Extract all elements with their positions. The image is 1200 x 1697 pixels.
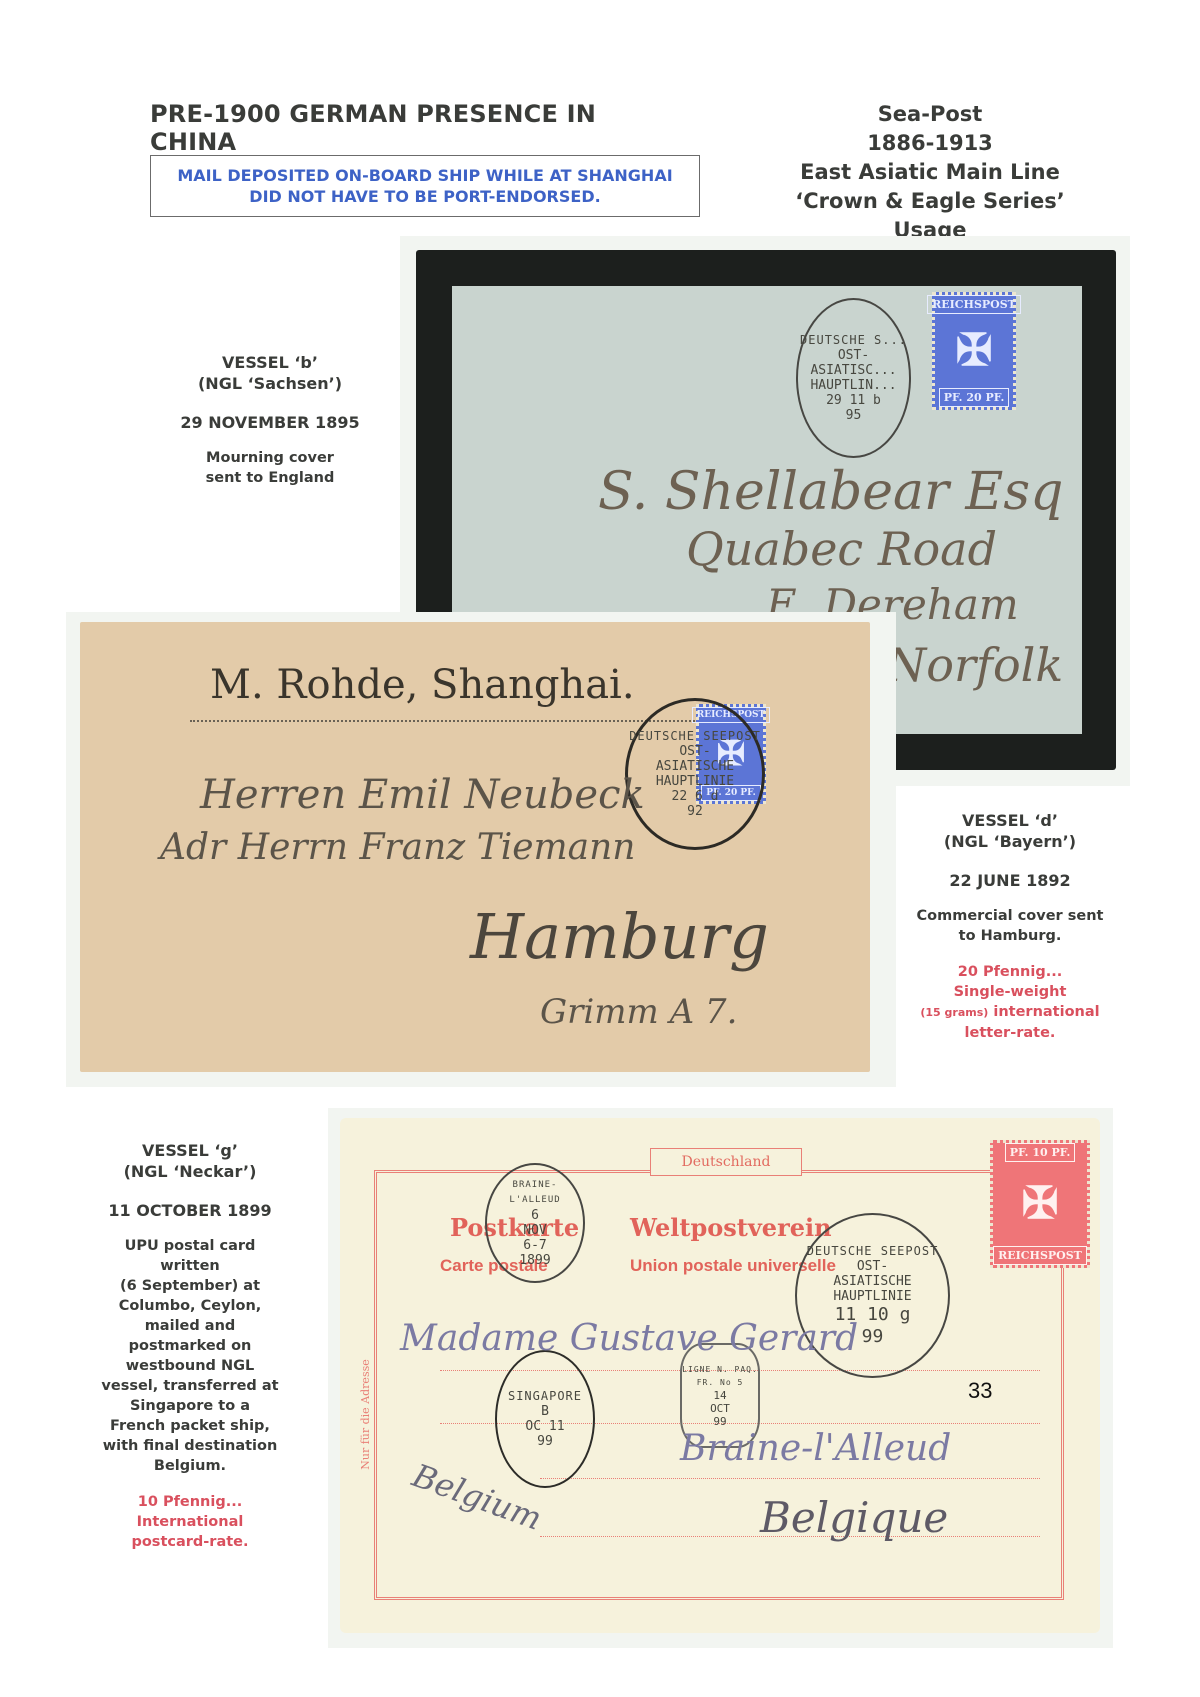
- postmark-line: 14: [713, 1389, 726, 1402]
- rate-line: International: [80, 1512, 300, 1532]
- printed-corner-card: M. Rohde, Shanghai.: [210, 662, 635, 708]
- description-line: French packet ship,: [80, 1416, 300, 1436]
- postmark-date: 22 6 d: [672, 789, 719, 804]
- description-line: postmarked on: [80, 1336, 300, 1356]
- singapore-postmark: SINGAPORE B OC 11 99: [495, 1350, 595, 1488]
- upu-postal-card: Deutschland Postkarte Weltpostverein Car…: [340, 1118, 1100, 1633]
- description: UPU postal card written (6 September) at…: [80, 1236, 300, 1476]
- postage-rate: 20 Pfennig... Single-weight (15 grams) i…: [890, 962, 1130, 1043]
- ship-name: (NGL ‘Bayern’): [890, 831, 1130, 852]
- description-line: UPU postal card: [80, 1236, 300, 1256]
- postmark-line: OST-: [838, 348, 869, 363]
- stamp-value: PF. 10 PF.: [1005, 1143, 1076, 1162]
- address-line: Hamburg: [470, 900, 769, 973]
- postmark-ring-text: BRAINE-L'ALLEUD: [487, 1178, 583, 1208]
- address-line: Herren Emil Neubeck: [200, 772, 645, 818]
- page-title: PRE-1900 GERMAN PRESENCE IN CHINA: [150, 100, 670, 156]
- notice-line: MAIL DEPOSITED ON-BOARD SHIP WHILE AT SH…: [177, 165, 672, 186]
- address-line: Grimm A 7.: [540, 992, 737, 1032]
- address-line: S. Shellabear Esq: [598, 462, 1063, 522]
- postmark-line: OST-: [857, 1259, 888, 1274]
- postmark-line: OST-: [679, 744, 710, 759]
- postmark-line: HAUPTLIN...: [810, 378, 896, 393]
- postmark-ring-text: DEUTSCHE S...: [800, 333, 907, 348]
- address-line: Braine-l'Alleud: [680, 1428, 951, 1469]
- stamp-20pf-blue: REICHSPOST ✠ PF. 20 PF.: [932, 292, 1016, 410]
- stamp-label: REICHSPOST: [927, 295, 1021, 314]
- postmark-line: NOV: [523, 1223, 546, 1238]
- description-line: Commercial cover sent: [890, 906, 1130, 926]
- postmark-date: 29 11 b: [826, 393, 881, 408]
- postmark-line: HAUPTLINIE: [656, 774, 734, 789]
- rate-line: Single-weight: [890, 982, 1130, 1002]
- postmark-line: ASIATISCHE: [656, 759, 734, 774]
- postmark-year: 1899: [519, 1253, 550, 1268]
- postmark-year: 99: [862, 1326, 884, 1348]
- page-number: 33: [968, 1378, 992, 1404]
- section-title: Sea-Post 1886-1913 East Asiatic Main Lin…: [760, 100, 1100, 245]
- rate-line: letter-rate.: [890, 1023, 1130, 1043]
- description-line: westbound NGL: [80, 1356, 300, 1376]
- address-line: Madame Gustave Gerard: [400, 1318, 858, 1359]
- eagle-icon: ✠: [1022, 1182, 1059, 1226]
- postmark-ring-text: DEUTSCHE SEEPOST: [629, 729, 761, 744]
- postmark-date: 29 NOVEMBER 1895: [150, 413, 390, 432]
- postmark-line: 99: [713, 1415, 726, 1428]
- postmark-line: 99: [537, 1434, 553, 1449]
- postmark-date: 11 OCTOBER 1899: [80, 1201, 300, 1220]
- postmark-line: ASIATISCHE: [833, 1274, 911, 1289]
- postmark-ring-text: SINGAPORE: [508, 1389, 582, 1404]
- rate-line: postcard-rate.: [80, 1532, 300, 1552]
- country-cartouche: Deutschland: [650, 1148, 802, 1176]
- address-line: Belgique: [760, 1493, 948, 1542]
- postmark-line: 6: [531, 1208, 539, 1223]
- description: Mourning cover sent to England: [150, 448, 390, 488]
- postmark-date: 22 JUNE 1892: [890, 871, 1130, 890]
- caption-vessel-g: VESSEL ‘g’ (NGL ‘Neckar’) 11 OCTOBER 189…: [80, 1140, 300, 1552]
- rate-line: 10 Pfennig...: [80, 1492, 300, 1512]
- stamp-label: REICHSPOST: [993, 1246, 1087, 1265]
- postmark-year: 95: [846, 408, 862, 423]
- vessel-label: VESSEL ‘g’: [80, 1140, 300, 1161]
- rate-line: (15 grams): [920, 1006, 988, 1019]
- ship-name: (NGL ‘Sachsen’): [150, 373, 390, 394]
- address-line: Norfolk: [886, 638, 1063, 692]
- postmark-line: 6-7: [523, 1238, 546, 1253]
- caption-vessel-d: VESSEL ‘d’ (NGL ‘Bayern’) 22 JUNE 1892 C…: [890, 810, 1130, 1043]
- address-rule: [540, 1478, 1040, 1479]
- postmark-year: 92: [687, 804, 703, 819]
- description: Commercial cover sent to Hamburg.: [890, 906, 1130, 946]
- description-line: mailed and: [80, 1316, 300, 1336]
- postage-rate: 10 Pfennig... International postcard-rat…: [80, 1492, 300, 1552]
- description-line: written: [80, 1256, 300, 1276]
- stamp-10pf-red: PF. 10 PF. ✠ REICHSPOST: [990, 1140, 1090, 1268]
- address-only-note: Nur für die Adresse: [359, 1359, 372, 1470]
- description-line: Columbo, Ceylon,: [80, 1296, 300, 1316]
- seepost-postmark: DEUTSCHE S... OST- ASIATISC... HAUPTLIN.…: [796, 298, 911, 458]
- section-title-line: Sea-Post: [760, 100, 1100, 129]
- description-line: Singapore to a: [80, 1396, 300, 1416]
- description-line: vessel, transferred at: [80, 1376, 300, 1396]
- vessel-label: VESSEL ‘b’: [150, 352, 390, 373]
- postmark-line: ASIATISC...: [810, 363, 896, 378]
- address-line: Adr Herrn Franz Tiemann: [160, 827, 636, 868]
- notice-line: DID NOT HAVE TO BE PORT-ENDORSED.: [249, 186, 600, 207]
- arrival-postmark: BRAINE-L'ALLEUD 6 NOV 6-7 1899: [485, 1163, 585, 1283]
- rate-line: 20 Pfennig...: [890, 962, 1130, 982]
- postmark-line: OCT: [710, 1402, 730, 1415]
- rate-line: international: [993, 1004, 1099, 1020]
- description-line: (6 September) at: [80, 1276, 300, 1296]
- section-title-line: East Asiatic Main Line: [760, 158, 1100, 187]
- postmark-ring-text: LIGNE N. PAQ. FR. No 5: [682, 1363, 758, 1389]
- section-title-line: 1886-1913: [760, 129, 1100, 158]
- description-line: to Hamburg.: [890, 926, 1130, 946]
- address-line: Quabec Road: [686, 522, 997, 576]
- commercial-cover: M. Rohde, Shanghai. REICHSPOST ✠ PF. 20 …: [80, 622, 870, 1072]
- vessel-label: VESSEL ‘d’: [890, 810, 1130, 831]
- postmark-line: B: [541, 1404, 549, 1419]
- postmark-line: OC 11: [525, 1419, 564, 1434]
- card-union-de: Weltpostverein: [630, 1213, 832, 1242]
- postmark-ring-text: DEUTSCHE SEEPOST: [807, 1244, 939, 1259]
- description-line: with final destination: [80, 1436, 300, 1456]
- seepost-postmark: DEUTSCHE SEEPOST OST- ASIATISCHE HAUPTLI…: [625, 698, 765, 850]
- description-line: Belgium.: [80, 1456, 300, 1476]
- caption-vessel-b: VESSEL ‘b’ (NGL ‘Sachsen’) 29 NOVEMBER 1…: [150, 352, 390, 488]
- description-line: Mourning cover: [150, 448, 390, 468]
- stamp-value: PF. 20 PF.: [939, 388, 1010, 407]
- eagle-icon: ✠: [956, 329, 993, 373]
- notice-box: MAIL DEPOSITED ON-BOARD SHIP WHILE AT SH…: [150, 155, 700, 217]
- ship-name: (NGL ‘Neckar’): [80, 1161, 300, 1182]
- postmark-line: HAUPTLINIE: [833, 1289, 911, 1304]
- description-line: sent to England: [150, 468, 390, 488]
